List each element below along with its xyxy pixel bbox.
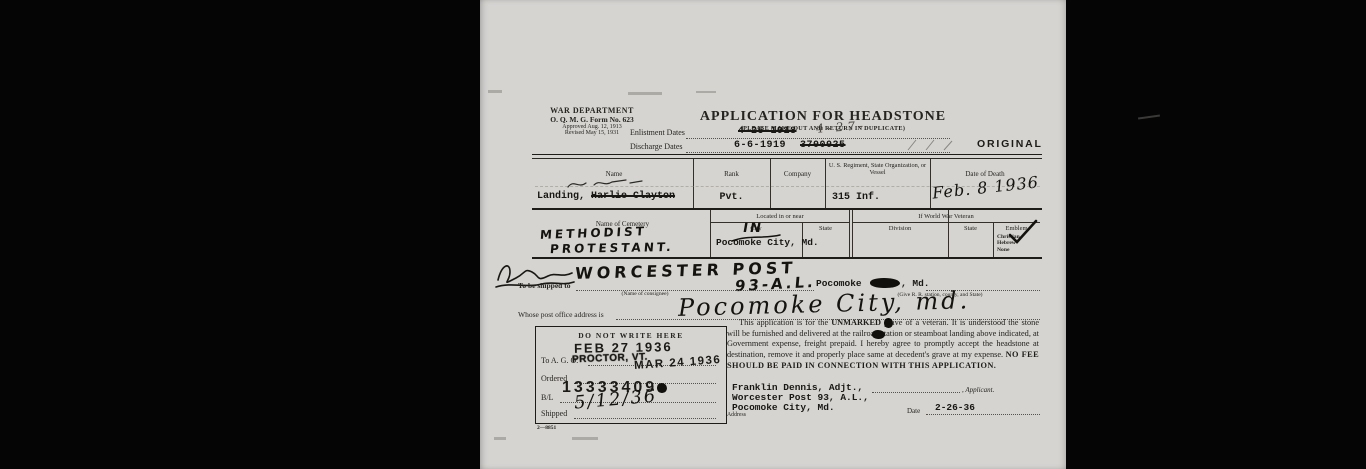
applicant-label: , Applicant. — [962, 386, 994, 394]
regiment-value: 315 Inf. — [832, 192, 880, 203]
table-divider — [770, 159, 771, 209]
copy-type-label: ORIGINAL — [977, 138, 1043, 150]
division-header: Division — [852, 225, 948, 232]
rule — [532, 208, 1042, 210]
handwritten-scribble — [900, 138, 980, 152]
application-date-value: 2-26-36 — [935, 402, 975, 413]
rule — [532, 154, 1042, 159]
enlistment-label: Enlistment Dates — [630, 128, 685, 137]
address-label: Address — [727, 412, 746, 418]
scan-smudge — [628, 92, 662, 95]
cemetery-name-handwritten-2: PROTESTANT. — [549, 240, 674, 256]
scan-smudge — [488, 90, 502, 93]
bl-label: B/L — [541, 393, 553, 402]
enlistment-typed-value: 4-25-1918 — [738, 126, 797, 137]
ink-blot — [870, 278, 900, 288]
state-header: State — [802, 225, 849, 232]
do-not-write-label: DO NOT WRITE HERE — [536, 331, 726, 340]
agreement-paragraph: This application is for the UNMARKED gra… — [727, 318, 1039, 372]
agreement-unmarked: UNMARKED — [831, 318, 881, 327]
plate-number: 2—8851 — [537, 425, 556, 431]
destination-typed-city: Pocomoke — [816, 278, 862, 289]
veteran-surname: Landing, — [537, 191, 591, 202]
war-department-label: WAR DEPARTMENT — [528, 106, 656, 115]
scan-smudge — [696, 91, 716, 93]
discharge-label: Discharge Dates — [630, 142, 683, 151]
rank-value: Pvt. — [693, 192, 770, 203]
ink-blot — [872, 330, 885, 339]
post-office-label: Whose post office address is — [518, 310, 604, 319]
city-typed-value: Pocomoke City, Md. — [716, 237, 819, 248]
ink-blot — [884, 318, 893, 328]
agreement-intro: This application is for the — [739, 318, 831, 327]
ship-to-entry-line — [576, 280, 814, 291]
discharge-typed-value: 6-6-1919 — [734, 140, 786, 151]
column-header-regiment: U. S. Regiment, State Organization, or V… — [827, 162, 928, 176]
shipped-label: Shipped — [541, 409, 567, 418]
table-divider — [710, 222, 849, 223]
ship-to-label: To be shipped to — [518, 281, 570, 290]
scan-scratch — [1138, 114, 1160, 119]
scan-smudge — [572, 437, 598, 440]
emblem-option-none: None — [997, 247, 1020, 253]
applicant-signature-line — [872, 384, 960, 393]
veteran-given-name-struck: Harlie Clayton — [591, 191, 675, 202]
located-in-header: Located in or near — [710, 213, 850, 220]
scan-smudge — [494, 437, 506, 440]
headstone-application-form: WAR DEPARTMENT O. Q. M. G. Form No. 623 … — [480, 0, 1066, 469]
checkmark-icon — [1008, 219, 1038, 245]
handwritten-scribble — [564, 177, 644, 191]
table-divider — [825, 159, 826, 209]
do-not-write-box: DO NOT WRITE HERE FEB 27 1936 To A. G. O… — [535, 326, 727, 424]
column-header-company: Company — [770, 170, 825, 178]
veteran-name-value: Landing, Harlie Clayton — [537, 191, 675, 202]
scanned-document: WAR DEPARTMENT O. Q. M. G. Form No. 623 … — [0, 0, 1366, 469]
cemetery-name-handwritten-1: METHODIST — [540, 224, 648, 242]
column-header-rank: Rank — [693, 170, 770, 178]
veteran-state-header: State — [948, 225, 993, 232]
serial-number-value: 3700025 — [800, 140, 846, 151]
applicant-city-line: Pocomoke City, Md. — [732, 402, 835, 413]
date-label: Date — [907, 407, 920, 415]
form-number-label: O. Q. M. G. Form No. 623 — [528, 115, 656, 124]
